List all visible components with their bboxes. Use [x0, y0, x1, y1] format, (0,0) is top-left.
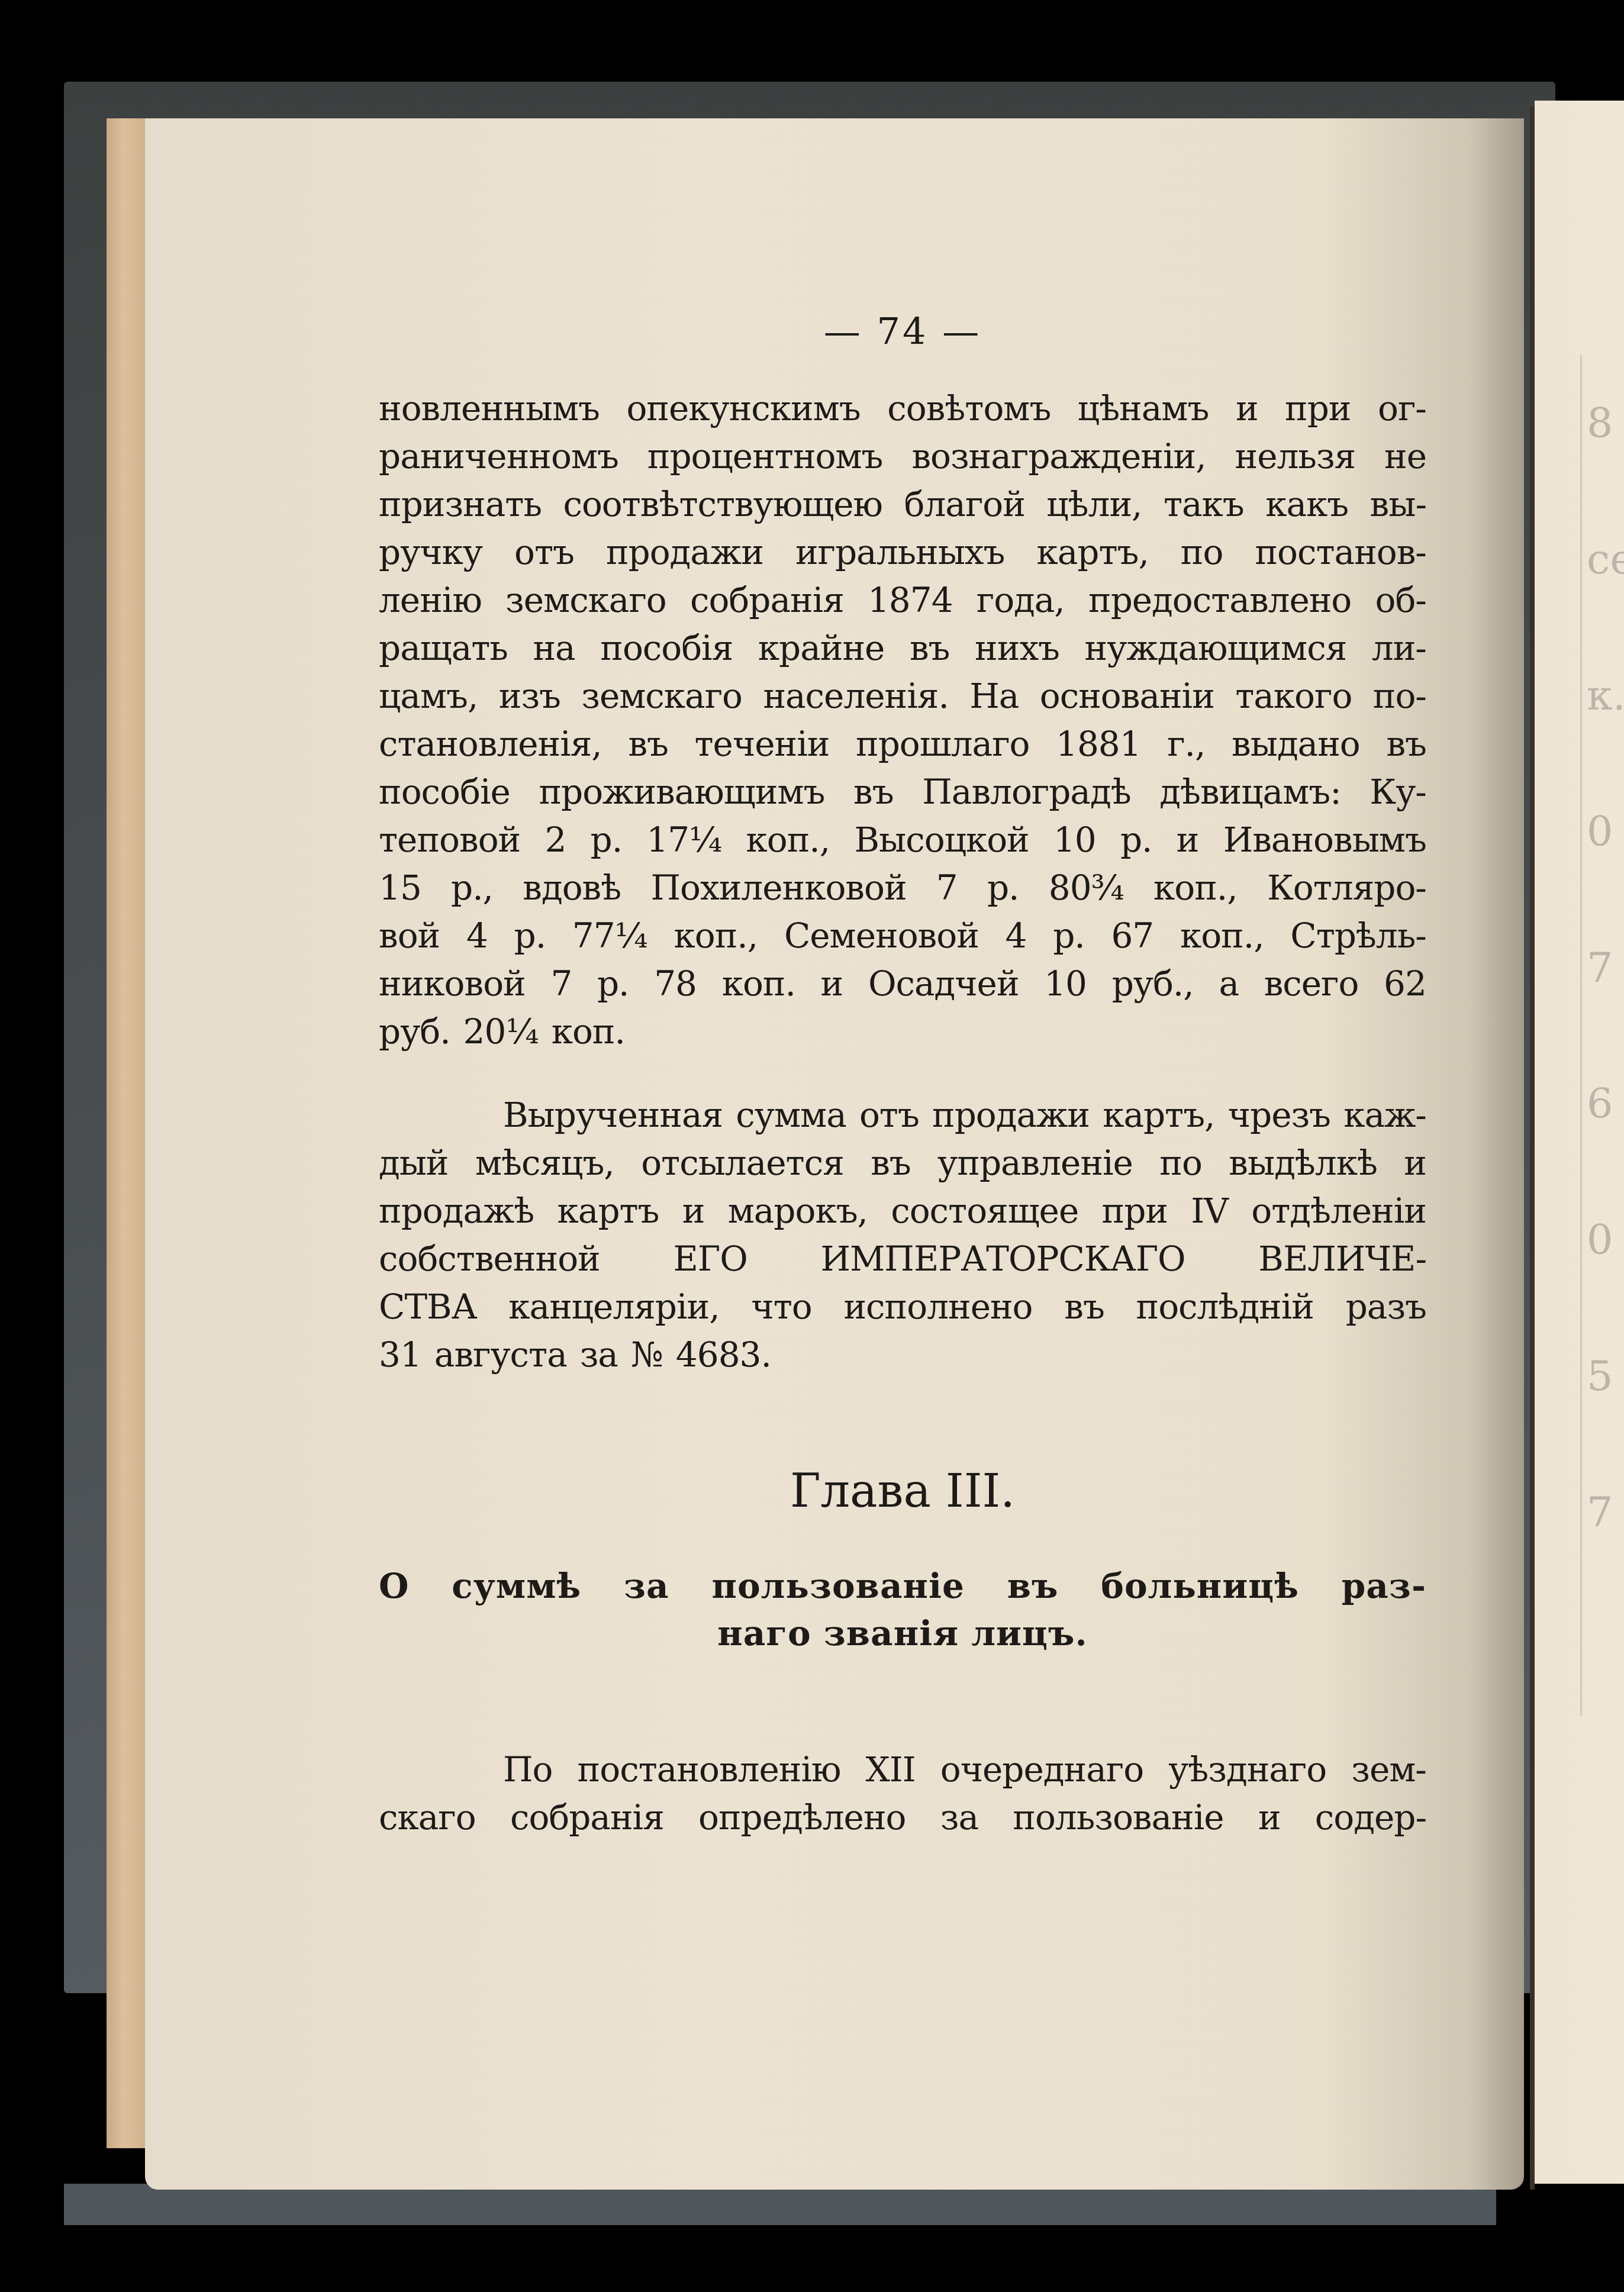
word: при — [1102, 1187, 1168, 1235]
word: 78 — [654, 960, 697, 1008]
word: въ — [1386, 720, 1426, 768]
word: пособія — [600, 624, 733, 672]
word: 80¾ — [1049, 864, 1124, 912]
text-line: руб.20¼коп. — [379, 1008, 1426, 1056]
word: выдано — [1232, 720, 1360, 768]
word: зем- — [1351, 1746, 1426, 1794]
word: проживающимъ — [539, 768, 824, 816]
word: пользованіе — [1013, 1794, 1223, 1842]
word: 7 — [936, 864, 958, 912]
word: и — [821, 960, 843, 1008]
word: въ — [1064, 1283, 1104, 1331]
word: 62 — [1384, 960, 1426, 1008]
word: вознагражденіи, — [911, 433, 1206, 481]
word: 67 — [1111, 912, 1153, 960]
word: новленнымъ — [379, 385, 600, 433]
word: коп. — [552, 1008, 625, 1056]
word: населенія. — [763, 672, 948, 720]
word: Семеновой — [784, 912, 979, 960]
word: въ — [871, 1139, 911, 1187]
text-line: становленія,вътеченіипрошлаго1881г.,выда… — [379, 720, 1426, 768]
word: 4 — [466, 912, 488, 960]
word: разъ — [1346, 1283, 1426, 1331]
word: 10 — [1044, 960, 1087, 1008]
text-line: Вырученнаясуммаотъпродажикартъ,чрезъкаж- — [379, 1091, 1426, 1139]
word: картъ, — [1036, 528, 1148, 576]
word: На — [969, 672, 1019, 720]
section-heading-line-2: наго званія лицъ. — [379, 1610, 1426, 1657]
word: р. — [597, 960, 629, 1008]
word: отъ — [514, 528, 574, 576]
text-line: ПопостановленіюXIIочереднагоуѣзднагозем- — [379, 1746, 1426, 1794]
word: соотвѣтствующею — [563, 481, 882, 528]
word: продажи — [606, 528, 763, 576]
word: крайне — [758, 624, 885, 672]
text-line: пособіепроживающимъвъПавлоградѣдѣвицамъ:… — [379, 768, 1426, 816]
text-line: скагособраніяопредѣленозапользованіеисод… — [379, 1794, 1426, 1842]
word: совѣтомъ — [887, 385, 1051, 433]
word: ИМПЕРАТОРСКАГО — [820, 1235, 1185, 1283]
word: на — [533, 624, 575, 672]
word: изъ — [499, 672, 560, 720]
word: чрезъ — [1228, 1091, 1330, 1139]
word: картъ — [558, 1187, 659, 1235]
word: 7 — [550, 960, 572, 1008]
word: августа — [434, 1331, 567, 1379]
section-heading: Осуммѣзапользованіевъбольницѣраз- наго з… — [379, 1562, 1426, 1657]
paragraph-2: Вырученнаясуммаотъпродажикартъ,чрезъкаж-… — [379, 1091, 1426, 1379]
word: опекунскимъ — [626, 385, 860, 433]
chapter-title: Глава III. — [379, 1462, 1426, 1521]
word: Осадчей — [868, 960, 1019, 1008]
word: 2 — [544, 816, 566, 864]
word: и — [682, 1187, 705, 1235]
word: очереднаго — [940, 1746, 1143, 1794]
word: 17¼ — [646, 816, 721, 864]
word: нихъ — [975, 624, 1059, 672]
word: года, — [977, 576, 1065, 624]
heading-word: суммѣ — [452, 1562, 581, 1610]
word: въ — [853, 768, 894, 816]
text-line: вой4р.77¼коп.,Семеновой4р.67коп.,Стрѣль- — [379, 912, 1426, 960]
word: такъ — [1164, 481, 1244, 528]
word: ог- — [1378, 385, 1426, 433]
word: опредѣлено — [698, 1794, 906, 1842]
word: картъ, — [1103, 1091, 1214, 1139]
text-line: цамъ,изъземскагонаселенія.Наоснованіитак… — [379, 672, 1426, 720]
word: выдѣлкѣ — [1229, 1139, 1377, 1187]
page-text-block: — 74 — новленнымъопекунскимъсовѣтомъцѣна… — [379, 308, 1426, 1842]
word: нельзя — [1235, 433, 1355, 481]
heading-word: пользованіе — [711, 1562, 964, 1610]
word: СТВА — [379, 1283, 477, 1331]
word: мѣсяцъ, — [475, 1139, 614, 1187]
text-line: леніюземскагособранія1874года,предоставл… — [379, 576, 1426, 624]
text-line: ручкуотъпродажиигральныхъкартъ,попостано… — [379, 528, 1426, 576]
word: въ — [910, 624, 950, 672]
word: нуждающимся — [1085, 624, 1347, 672]
word: продажѣ — [379, 1187, 534, 1235]
word: такого — [1235, 672, 1352, 720]
book-gutter — [1530, 107, 1535, 2190]
word: какъ — [1265, 481, 1348, 528]
word: благой — [904, 481, 1025, 528]
word: постанов- — [1255, 528, 1426, 576]
word: предоставлено — [1088, 576, 1351, 624]
word: р. — [514, 912, 546, 960]
word: цѣли, — [1046, 481, 1142, 528]
word: 31 — [379, 1331, 421, 1379]
word: основаніи — [1040, 672, 1214, 720]
word: процентномъ — [647, 433, 883, 481]
text-line: 31августаза№4683. — [379, 1331, 1426, 1379]
word: а — [1219, 960, 1239, 1008]
word: 4 — [1006, 912, 1027, 960]
word: дѣвицамъ: — [1159, 768, 1341, 816]
word: собранія — [510, 1794, 664, 1842]
text-line: раниченномъпроцентномъвознагражденіи,нел… — [379, 433, 1426, 481]
word: всего — [1264, 960, 1359, 1008]
word: 20¼ — [463, 1008, 539, 1056]
word: собственной — [379, 1235, 600, 1283]
word: отъ — [859, 1091, 919, 1139]
spacer — [379, 1657, 1426, 1746]
word: теповой — [379, 816, 520, 864]
word: коп., — [674, 912, 758, 960]
word: коп., — [746, 816, 830, 864]
word: ленію — [379, 576, 482, 624]
word: 1881 — [1056, 720, 1141, 768]
word: собранія — [690, 576, 844, 624]
word: По — [503, 1746, 553, 1794]
word: IV — [1191, 1187, 1228, 1235]
word: коп., — [1180, 912, 1264, 960]
word: пособіе — [379, 768, 510, 816]
word: ручку — [379, 528, 482, 576]
word: ращать — [379, 624, 508, 672]
word: игральныхъ — [795, 528, 1005, 576]
page-stack-edge — [107, 118, 148, 2148]
word: земскаго — [581, 672, 742, 720]
word: коп., — [1153, 864, 1238, 912]
word: и — [1177, 816, 1199, 864]
word: Ку- — [1370, 768, 1426, 816]
word: отдѣленіи — [1251, 1187, 1426, 1235]
text-line: продажѣкартъимарокъ,состоящееприIVотдѣле… — [379, 1187, 1426, 1235]
text-line: СТВАканцеляріи,чтоисполненовъпослѣднійра… — [379, 1283, 1426, 1331]
word: не — [1384, 433, 1426, 481]
word: Высоцкой — [854, 816, 1029, 864]
word: за — [580, 1331, 618, 1379]
word: никовой — [379, 960, 526, 1008]
word: 1874 — [868, 576, 953, 624]
word: отсылается — [641, 1139, 844, 1187]
word: г., — [1167, 720, 1205, 768]
text-line: признатьсоотвѣтствующеюблагойцѣли,такъка… — [379, 481, 1426, 528]
word: Ивановымъ — [1223, 816, 1426, 864]
word: дый — [379, 1139, 449, 1187]
text-line: ращатьнапособіякрайневънихънуждающимсяли… — [379, 624, 1426, 672]
word: управленіе — [937, 1139, 1133, 1187]
word: марокъ, — [728, 1187, 868, 1235]
word: содер- — [1315, 1794, 1426, 1842]
paragraph-gap — [379, 1056, 1426, 1091]
word: за — [940, 1794, 978, 1842]
word: скаго — [379, 1794, 476, 1842]
word: коп. — [722, 960, 795, 1008]
word: Котляро- — [1267, 864, 1426, 912]
word: каж- — [1343, 1091, 1426, 1139]
word: по — [1159, 1139, 1202, 1187]
word: и — [1236, 385, 1258, 433]
word: цѣнамъ — [1078, 385, 1209, 433]
heading-word: въ — [1007, 1562, 1059, 1610]
word: об- — [1375, 576, 1426, 624]
word: Павлоградѣ — [922, 768, 1130, 816]
word: раниченномъ — [379, 433, 618, 481]
word: уѣзднаго — [1168, 1746, 1326, 1794]
section-heading-line-1: Осуммѣзапользованіевъбольницѣраз- — [379, 1562, 1426, 1610]
text-line: собственнойЕГОИМПЕРАТОРСКАГОВЕЛИЧЕ- — [379, 1235, 1426, 1283]
text-line: дыймѣсяцъ,отсылаетсявъуправленіеповыдѣлк… — [379, 1139, 1426, 1187]
word: канцеляріи, — [508, 1283, 719, 1331]
word: и — [1404, 1139, 1426, 1187]
text-line: 15р.,вдовѣПохиленковой7р.80¾коп.,Котляро… — [379, 864, 1426, 912]
word: прошлаго — [856, 720, 1029, 768]
word: цамъ, — [379, 672, 478, 720]
page-number: — 74 — — [379, 308, 1426, 355]
word: по- — [1373, 672, 1426, 720]
word: вы- — [1370, 481, 1426, 528]
word: 10 — [1053, 816, 1096, 864]
word: р. — [987, 864, 1019, 912]
facing-page-bleed-text: 8 се к. 0 7 6 0 5 7 — [1580, 355, 1624, 1716]
word: Похиленковой — [650, 864, 906, 912]
word: въ — [628, 720, 668, 768]
word: что — [751, 1283, 811, 1331]
word: теченіи — [695, 720, 830, 768]
word: постановленію — [578, 1746, 841, 1794]
word: и — [1258, 1794, 1281, 1842]
word: № — [631, 1331, 663, 1379]
text-line: никовой7р.78коп.иОсадчей10руб.,авсего62 — [379, 960, 1426, 1008]
word: 4683. — [676, 1331, 771, 1379]
paragraph-1: новленнымъопекунскимъсовѣтомъцѣнамъиприо… — [379, 385, 1426, 1056]
word: сумма — [736, 1091, 846, 1139]
word: по — [1181, 528, 1223, 576]
word: вой — [379, 912, 440, 960]
word: р., — [451, 864, 493, 912]
word: исполнено — [843, 1283, 1032, 1331]
word: ВЕЛИЧЕ- — [1258, 1235, 1426, 1283]
word: ЕГО — [673, 1235, 747, 1283]
word: р. — [1053, 912, 1085, 960]
word: продажи — [932, 1091, 1090, 1139]
text-line: новленнымъопекунскимъсовѣтомъцѣнамъиприо… — [379, 385, 1426, 433]
text-line: теповой2р.17¼коп.,Высоцкой10р.иИвановымъ — [379, 816, 1426, 864]
word: состоящее — [891, 1187, 1078, 1235]
word: 77¼ — [572, 912, 647, 960]
word: Стрѣль- — [1290, 912, 1426, 960]
word: Вырученная — [503, 1091, 723, 1139]
paragraph-3: ПопостановленіюXIIочереднагоуѣзднагозем-… — [379, 1746, 1426, 1842]
heading-word: за — [624, 1562, 669, 1610]
word: 15 — [379, 864, 421, 912]
word: при — [1285, 385, 1351, 433]
word: становленія, — [379, 720, 602, 768]
word: земскаго — [505, 576, 666, 624]
heading-word: О — [379, 1562, 410, 1610]
heading-word: раз- — [1342, 1562, 1426, 1610]
word: XII — [866, 1746, 916, 1794]
word: послѣдній — [1136, 1283, 1314, 1331]
word: ли- — [1372, 624, 1426, 672]
word: руб. — [379, 1008, 450, 1056]
word: р. — [591, 816, 623, 864]
word: вдовѣ — [523, 864, 621, 912]
word: руб., — [1112, 960, 1194, 1008]
heading-word: больницѣ — [1101, 1562, 1299, 1610]
word: р. — [1120, 816, 1152, 864]
word: признать — [379, 481, 542, 528]
book-cover-bottom-edge — [64, 2184, 1496, 2225]
